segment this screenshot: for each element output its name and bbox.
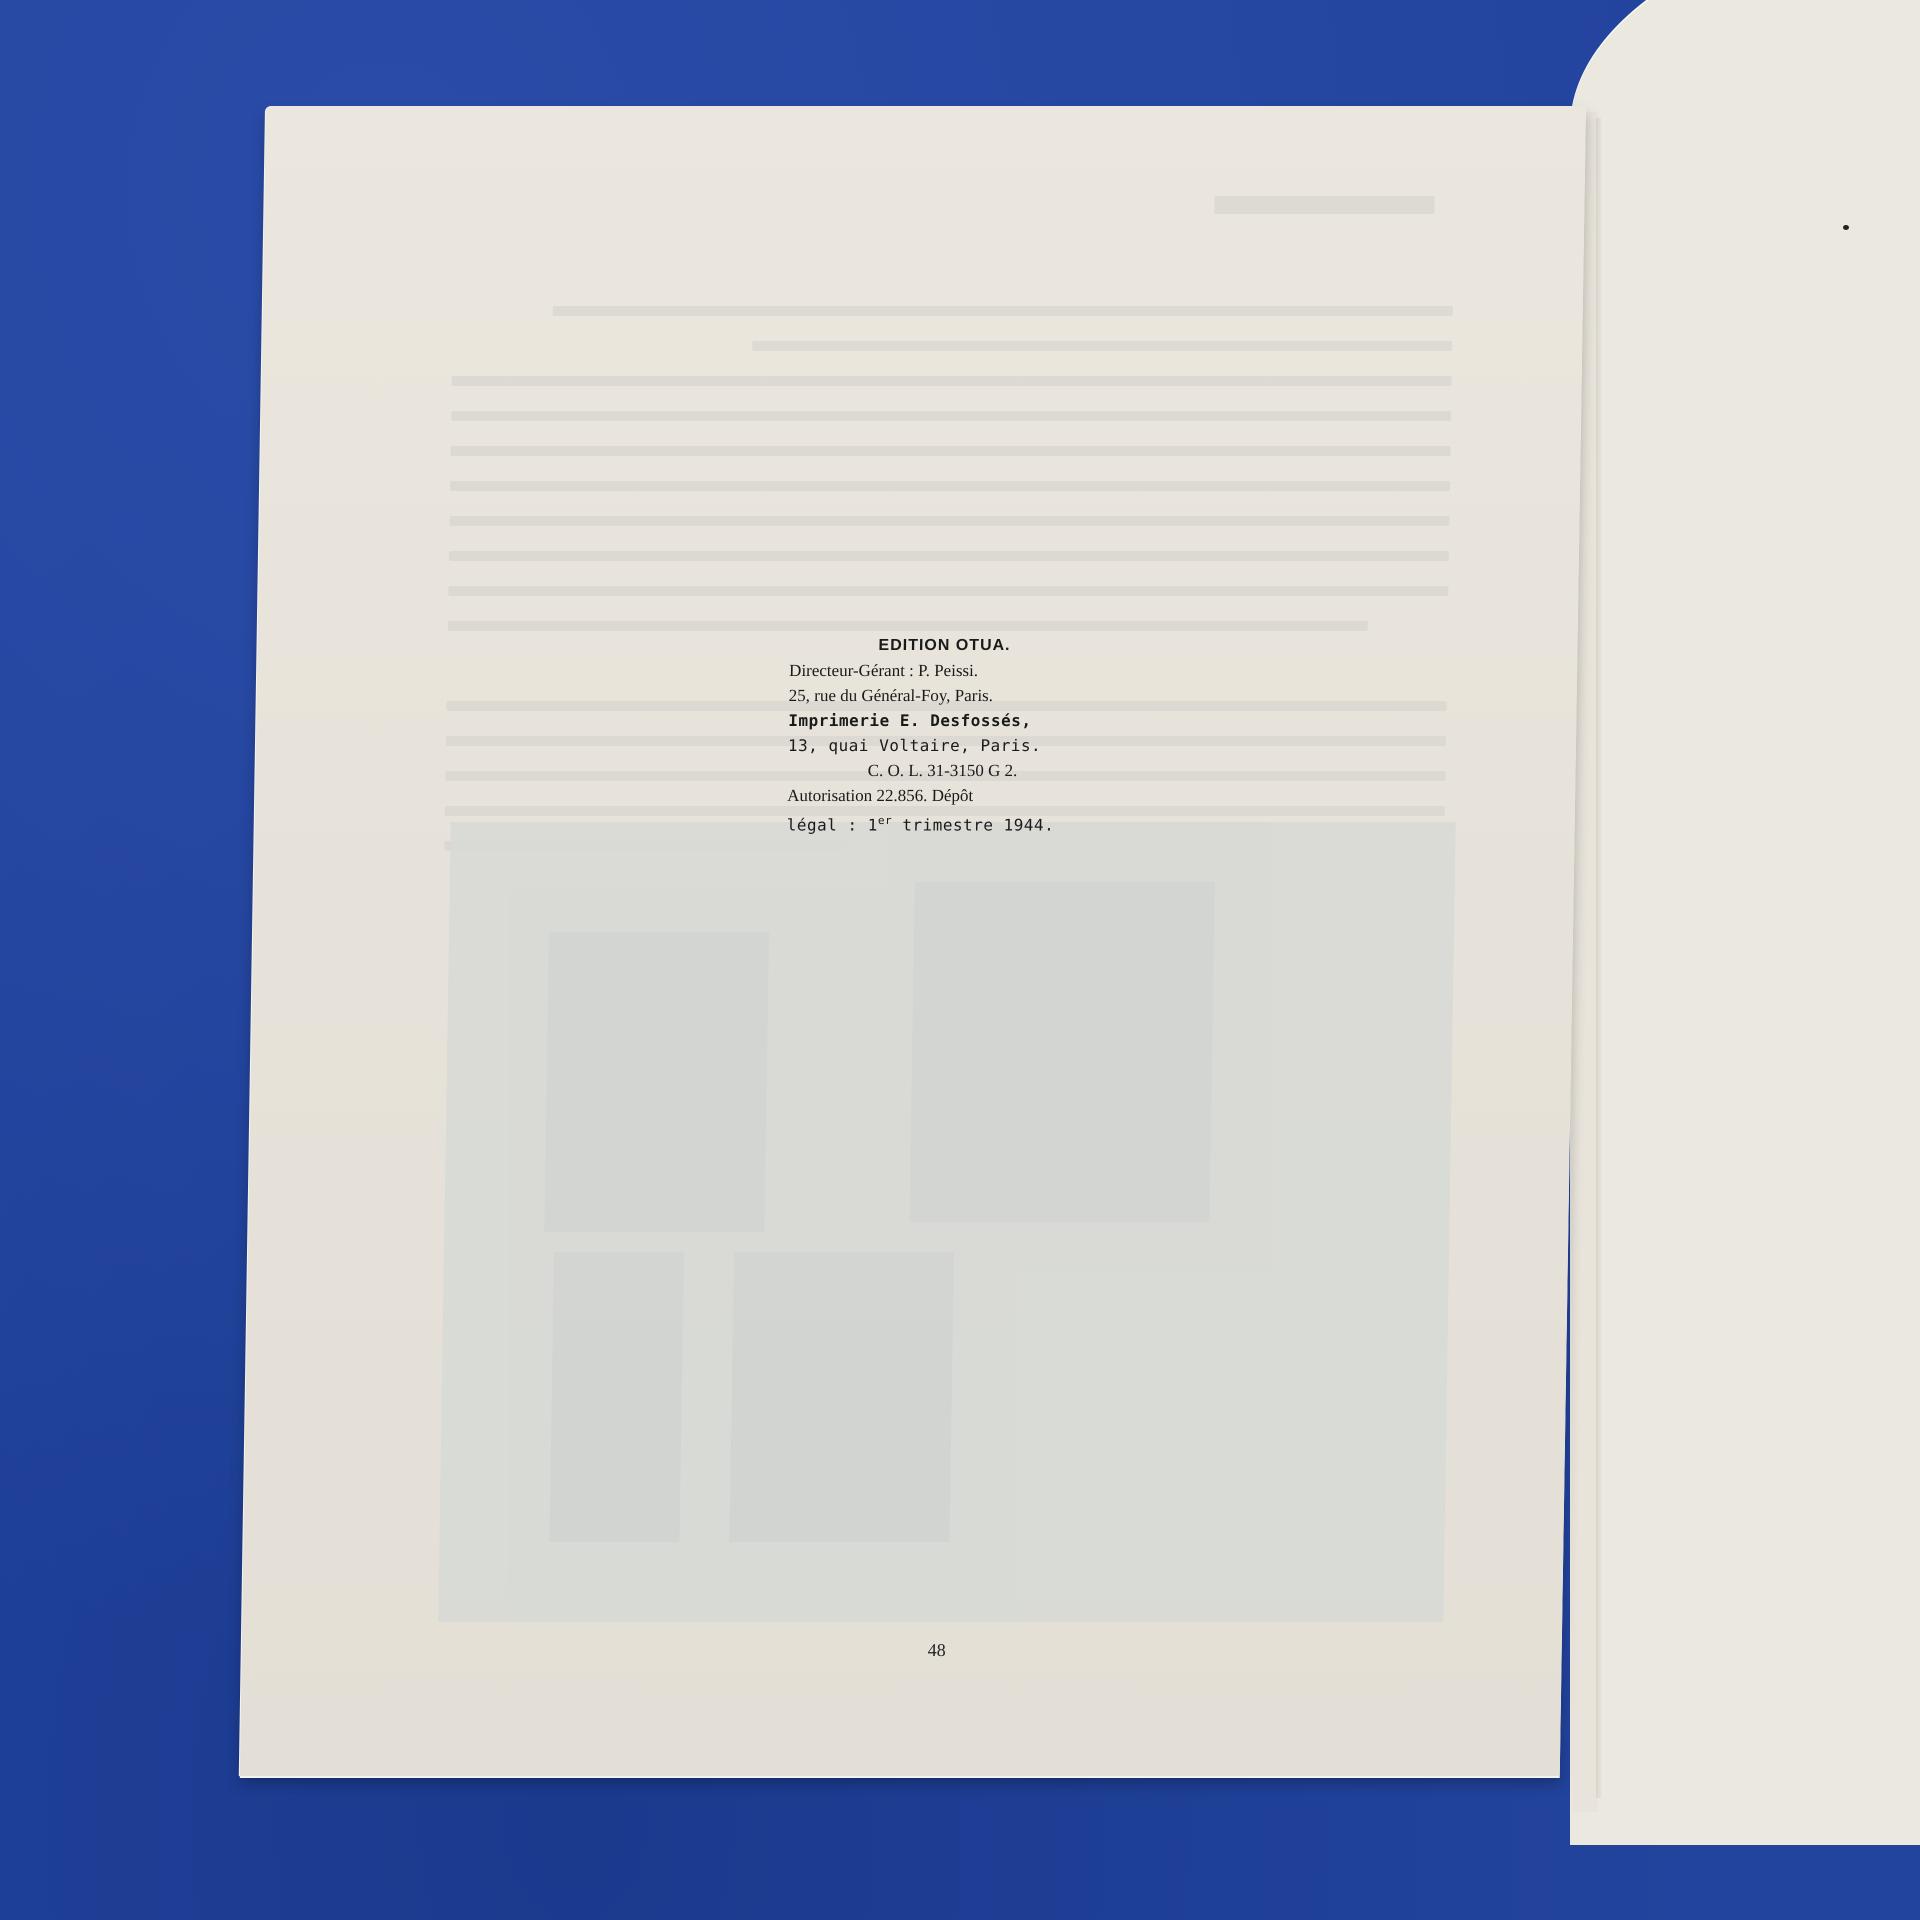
page-number: 48 — [928, 1640, 946, 1661]
publisher-title: EDITION OTUA. — [789, 633, 1099, 658]
booklet-spine — [1596, 118, 1604, 1798]
paper-speck — [1843, 225, 1849, 230]
right-page — [1570, 130, 1920, 1845]
left-page: EDITION OTUA. Directeur-Gérant : P. Peis… — [240, 106, 1586, 1776]
show-through-heading — [1214, 196, 1434, 214]
director-line: Directeur-Gérant : P. Peissi. — [789, 658, 1099, 683]
colophon: EDITION OTUA. Directeur-Gérant : P. Peis… — [787, 633, 1100, 837]
printer-name: Imprimerie E. Desfossés, — [788, 708, 1098, 733]
show-through-photo — [438, 822, 1456, 1622]
printer-address: 13, quai Voltaire, Paris. — [788, 733, 1098, 758]
legal-deposit-line: légal : 1er trimestre 1944. — [787, 808, 1097, 837]
col-number: C. O. L. 31-3150 G 2. — [787, 758, 1097, 783]
authorisation-line: Autorisation 22.856. Dépôt — [787, 783, 1097, 808]
publisher-address: 25, rue du Général-Foy, Paris. — [789, 683, 1099, 708]
